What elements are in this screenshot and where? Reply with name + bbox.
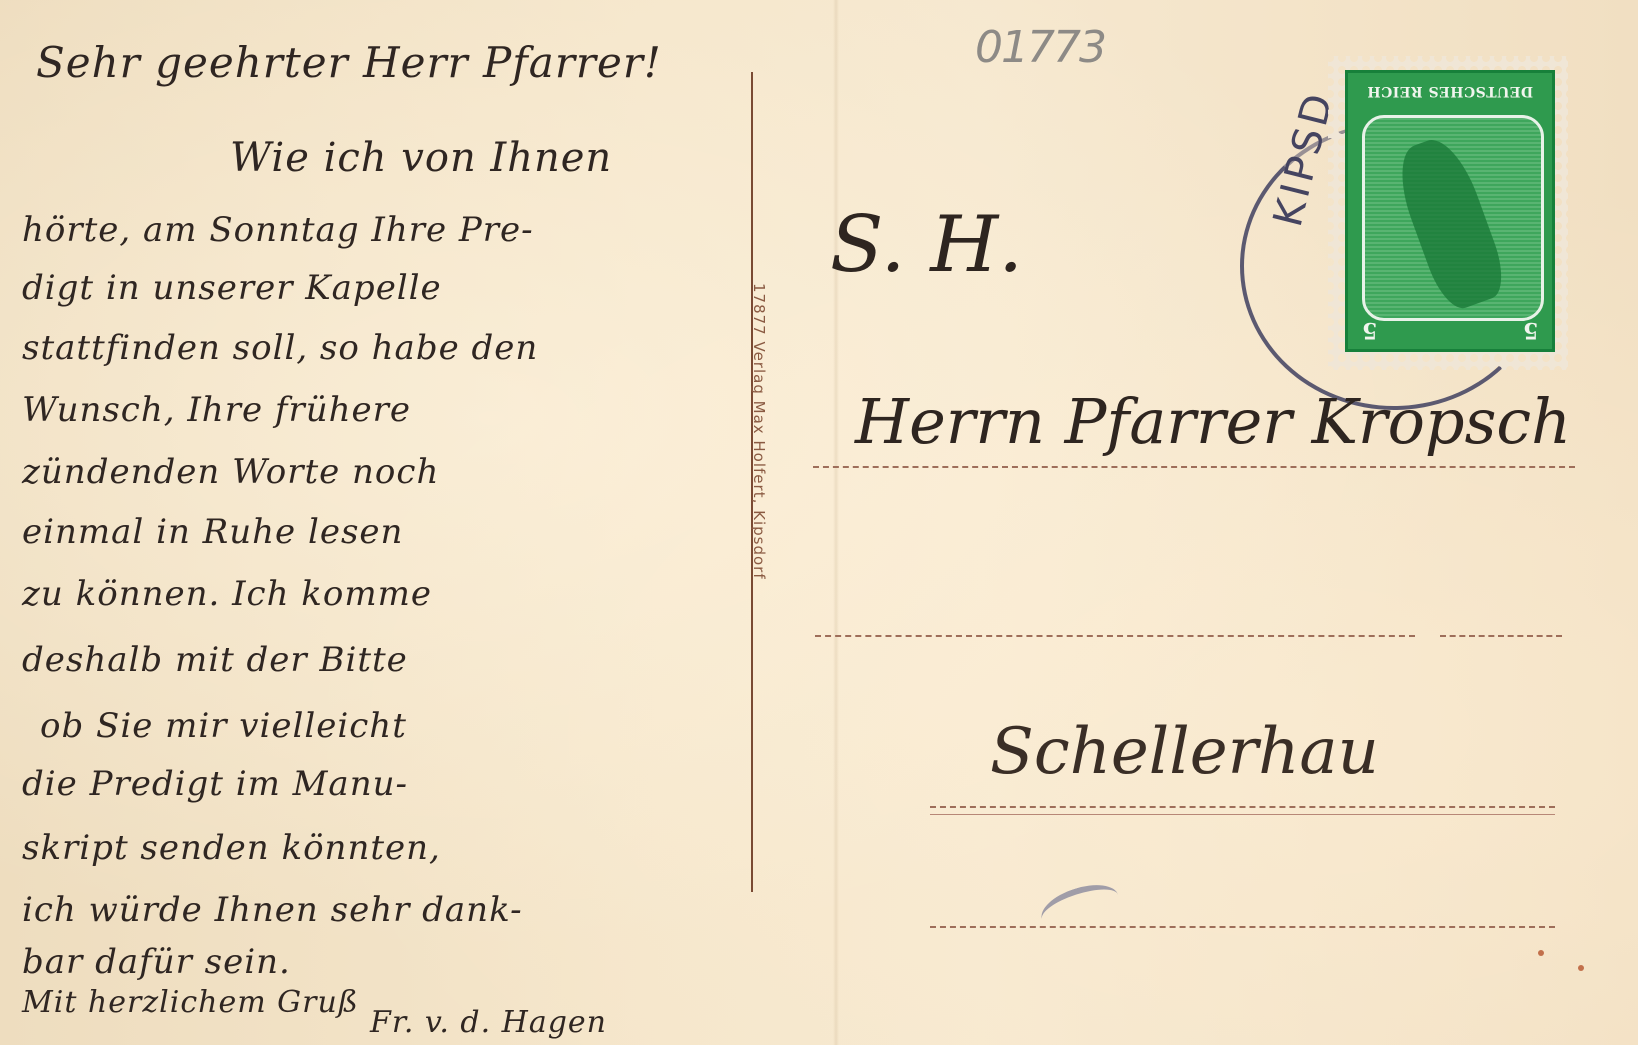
message-line: einmal in Ruhe lesen	[22, 512, 403, 552]
address-line-2-end	[1440, 635, 1562, 637]
address-line-1	[813, 466, 1575, 468]
address-line-3	[930, 806, 1555, 808]
message-line: zündenden Worte noch	[22, 452, 439, 492]
message-line: zu können. Ich komme	[22, 574, 432, 614]
stamp-value-left: 5	[1362, 317, 1377, 343]
message-line: Wunsch, Ihre frühere	[22, 390, 411, 430]
message-line: ich würde Ihnen sehr dank-	[22, 890, 523, 930]
message-line: Wie ich von Ihnen	[230, 135, 612, 181]
stamp-country: DEUTSCHES REICH	[1348, 83, 1552, 99]
publisher-imprint: 17877 Verlag Max Holfert, Kipsdorf	[750, 283, 768, 580]
message-line: Mit herzlichem Gruß	[22, 985, 359, 1020]
pencil-mark	[1036, 877, 1124, 938]
message-line: digt in unserer Kapelle	[22, 268, 442, 308]
address-line-3-underline	[930, 814, 1555, 815]
stamp-vignette	[1362, 115, 1544, 321]
address-line-4	[930, 926, 1555, 928]
message-line: bar dafür sein.	[22, 942, 291, 982]
signature: Fr. v. d. Hagen	[370, 1005, 607, 1040]
message-line: ob Sie mir vielleicht	[40, 706, 407, 746]
address-recipient: Herrn Pfarrer Kropsch	[855, 385, 1571, 458]
address-town: Schellerhau	[990, 715, 1379, 789]
stamp-value-right: 5	[1523, 317, 1538, 343]
message-line: Sehr geehrter Herr Pfarrer!	[36, 38, 662, 87]
message-line: die Predigt im Manu-	[22, 764, 408, 804]
address-salutation: S. H.	[830, 200, 1023, 290]
postage-stamp: DEUTSCHES REICH 5 5	[1345, 70, 1555, 352]
paper-fold	[833, 0, 839, 1045]
postcard: Sehr geehrter Herr Pfarrer! Wie ich von …	[0, 0, 1638, 1045]
paper-spot	[1578, 965, 1584, 971]
message-line: hörte, am Sonntag Ihre Pre-	[22, 210, 534, 250]
message-line: stattfinden soll, so habe den	[22, 328, 538, 368]
address-line-2	[815, 635, 1415, 637]
archive-number: 01773	[975, 22, 1105, 73]
germania-figure-icon	[1388, 131, 1512, 315]
message-line: deshalb mit der Bitte	[22, 640, 408, 680]
paper-spot	[1538, 950, 1544, 956]
message-line: skript senden könnten,	[22, 828, 441, 868]
